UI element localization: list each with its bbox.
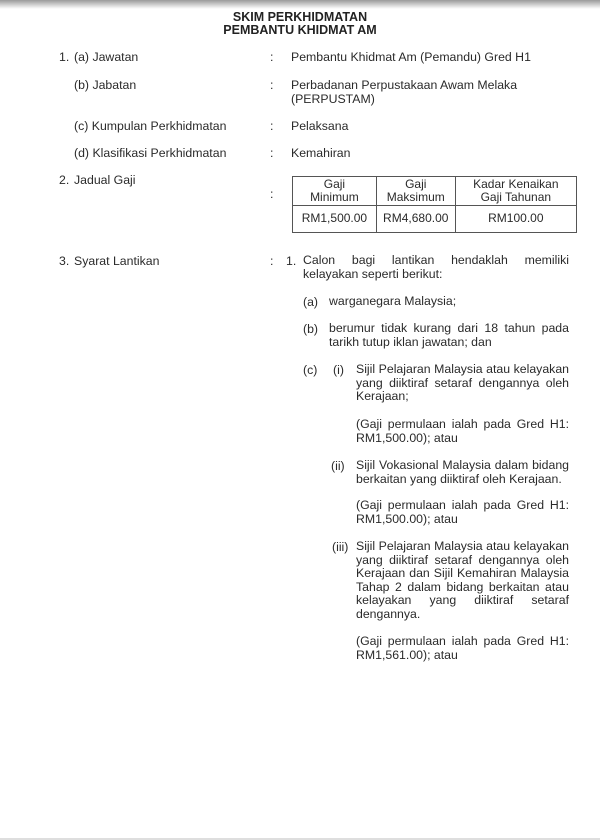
cell-gaji-maksimum: RM4,680.00 — [376, 206, 455, 233]
salary-table-row: RM1,500.00 RM4,680.00 RM100.00 — [293, 206, 577, 233]
item-a-content: warganegara Malaysia; — [329, 294, 456, 308]
item-b-content: berumur tidak kurang dari 18 tahun pada … — [329, 321, 569, 349]
section-2-number: 2. — [59, 173, 69, 187]
salary-table-header-row: Gaji Minimum Gaji Maksimum Kadar Kenaika… — [293, 177, 577, 206]
sub-item-ii-marker: (ii) — [331, 459, 345, 473]
item-b-text: berumur tidak kurang dari 18 tahun pada … — [329, 322, 569, 349]
sub-item-iii-note-content: (Gaji permulaan ialah pada Gred H1: RM1,… — [356, 634, 569, 662]
cell-gaji-minimum: RM1,500.00 — [293, 206, 377, 233]
cell-kadar-kenaikan: RM100.00 — [455, 206, 576, 233]
header-text: Maksimum — [377, 191, 455, 204]
jadual-gaji-colon: : — [270, 187, 273, 201]
header-text: Minimum — [293, 191, 376, 204]
jabatan-value-line-1: Perbadanan Perpustakaan Awam Melaka — [291, 78, 517, 92]
syarat-lantikan-colon: : — [270, 254, 273, 268]
klasifikasi-label: (d) Klasifikasi Perkhidmatan — [74, 146, 226, 160]
salary-table: Gaji Minimum Gaji Maksimum Kadar Kenaika… — [292, 176, 577, 233]
item-a-marker: (a) — [303, 295, 318, 309]
jawatan-colon: : — [270, 50, 273, 64]
header-gaji-maksimum: Gaji Maksimum — [376, 177, 455, 206]
jawatan-value: Pembantu Khidmat Am (Pemandu) Gred H1 — [291, 50, 531, 64]
sub-item-ii-note-content: (Gaji permulaan ialah pada Gred H1: RM1,… — [356, 498, 569, 526]
item-a-text: warganegara Malaysia; — [329, 295, 569, 309]
syarat-lantikan-label: Syarat Lantikan — [74, 254, 159, 268]
sub-item-ii-content: Sijil Vokasional Malaysia dalam bidang b… — [356, 458, 569, 486]
klasifikasi-colon: : — [270, 146, 273, 160]
kumpulan-value: Pelaksana — [291, 119, 348, 133]
item-b-marker: (b) — [303, 322, 318, 336]
section-1-number: 1. — [59, 50, 69, 64]
klasifikasi-value: Kemahiran — [291, 146, 350, 160]
intro-number: 1. — [286, 254, 296, 268]
sub-item-iii-marker: (iii) — [332, 540, 348, 554]
jadual-gaji-label: Jadual Gaji — [74, 173, 136, 187]
jabatan-value-line-2: (PERPUSTAM) — [291, 92, 375, 106]
title-line-2: PEMBANTU KHIDMAT AM — [0, 24, 600, 37]
header-kadar-kenaikan: Kadar Kenaikan Gaji Tahunan — [455, 177, 576, 206]
sub-item-iii-note: (Gaji permulaan ialah pada Gred H1: RM1,… — [356, 635, 569, 662]
jawatan-label: (a) Jawatan — [74, 50, 138, 64]
item-c-marker: (c) — [303, 363, 317, 377]
document-title: SKIM PERKHIDMATAN PEMBANTU KHIDMAT AM — [0, 11, 600, 37]
sub-item-i-text: Sijil Pelajaran Malaysia atau kelayakan … — [356, 363, 569, 404]
kumpulan-colon: : — [270, 119, 273, 133]
sub-item-i-content: Sijil Pelajaran Malaysia atau kelayakan … — [356, 362, 569, 403]
intro-text: Calon bagi lantikan hendaklah memiliki k… — [303, 254, 569, 281]
section-3-number: 3. — [59, 254, 69, 268]
sub-item-ii-note: (Gaji permulaan ialah pada Gred H1: RM1,… — [356, 499, 569, 526]
jabatan-label: (b) Jabatan — [74, 78, 136, 92]
sub-item-iii-content: Sijil Pelajaran Malaysia atau kelayakan … — [356, 539, 569, 621]
sub-item-i-marker: (i) — [333, 363, 344, 377]
page-top-shadow — [0, 0, 600, 9]
jabatan-colon: : — [270, 78, 273, 92]
sub-item-ii-text: Sijil Vokasional Malaysia dalam bidang b… — [356, 459, 569, 486]
header-text: Gaji Tahunan — [456, 191, 576, 204]
sub-item-iii-text: Sijil Pelajaran Malaysia atau kelayakan … — [356, 540, 569, 622]
sub-item-i-note: (Gaji permulaan ialah pada Gred H1: RM1,… — [356, 418, 569, 445]
kumpulan-label: (c) Kumpulan Perkhidmatan — [74, 119, 226, 133]
header-gaji-minimum: Gaji Minimum — [293, 177, 377, 206]
sub-item-i-note-content: (Gaji permulaan ialah pada Gred H1: RM1,… — [356, 417, 569, 445]
intro-text-content: Calon bagi lantikan hendaklah memiliki k… — [303, 253, 569, 281]
